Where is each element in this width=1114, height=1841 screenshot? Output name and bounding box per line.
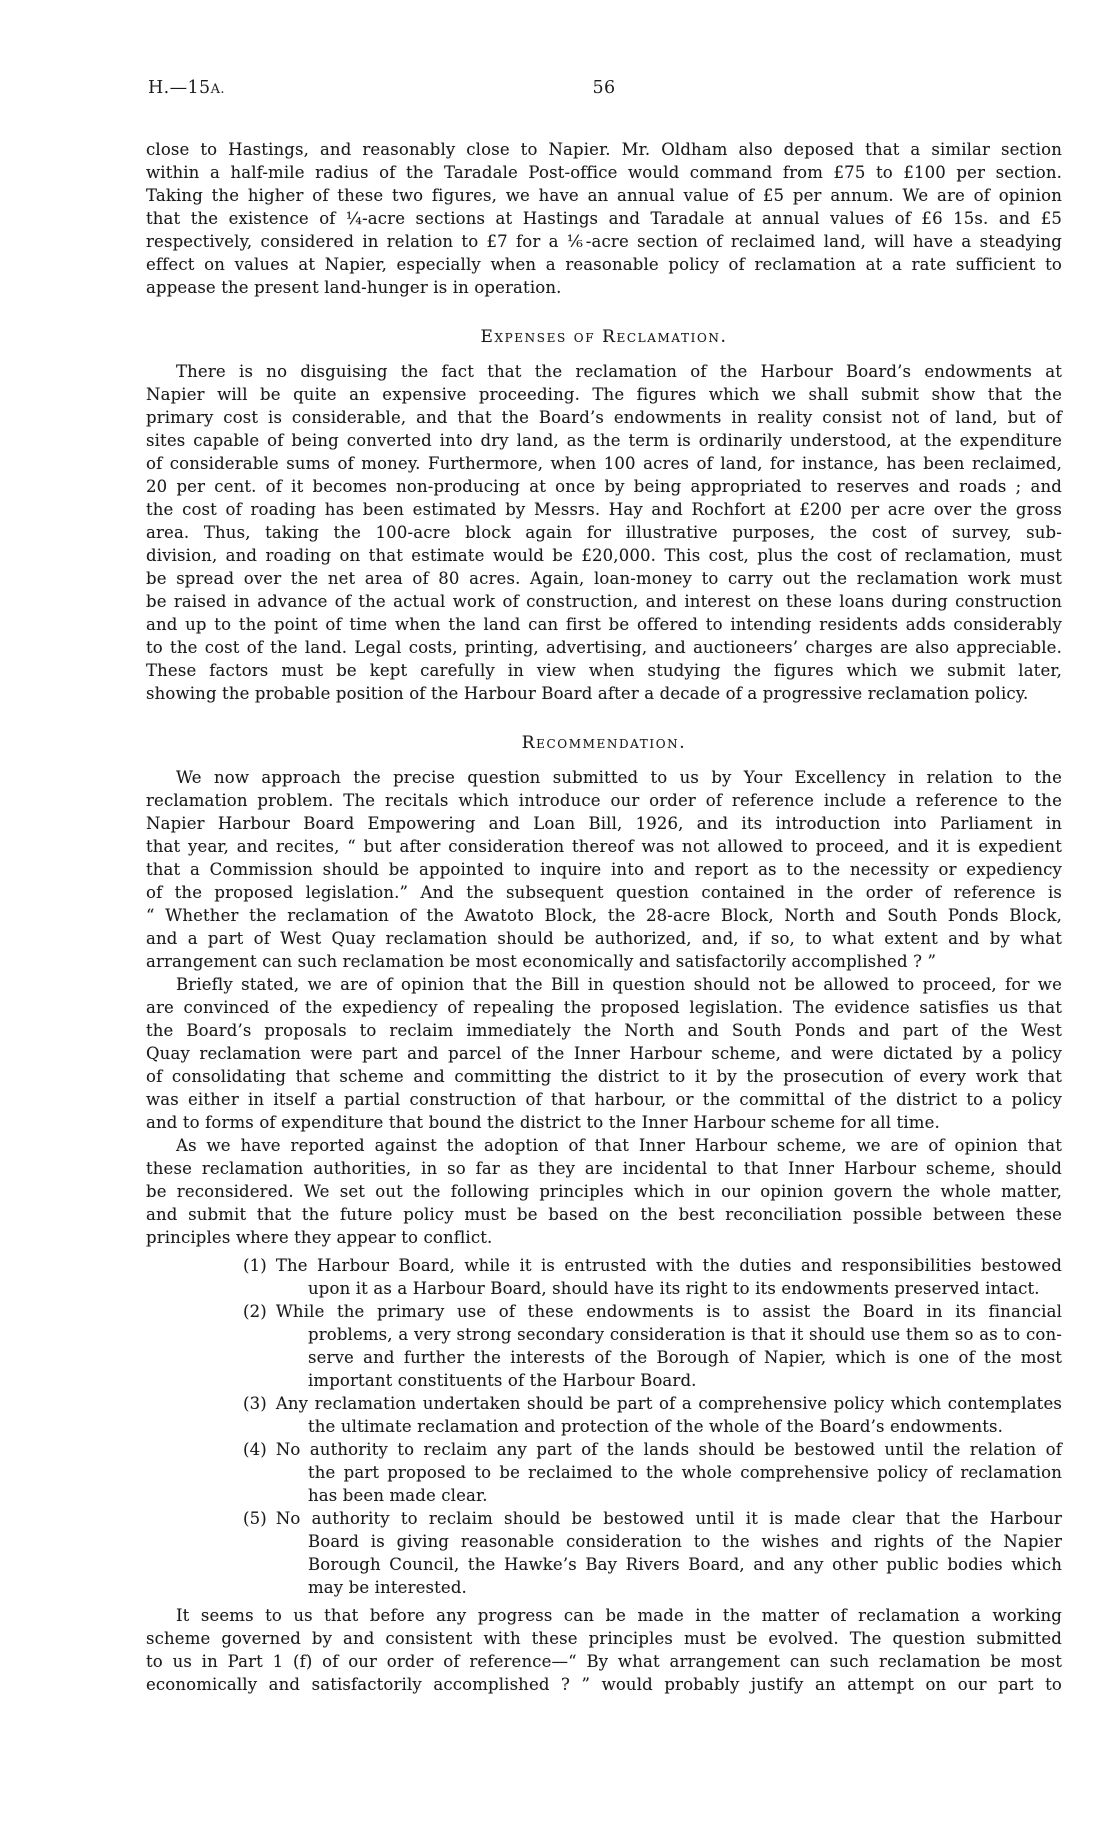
text-line: Taking the higher of these two figures, …	[146, 184, 1062, 207]
text-line: the ultimate reclamation and protection …	[146, 1415, 1062, 1438]
text-line: Briefly stated, we are of opinion that t…	[146, 973, 1062, 996]
page-content: H.—15A. 56 close to Hastings, and reason…	[146, 78, 1062, 1696]
text-line: and submit that the future policy must b…	[146, 1203, 1062, 1226]
list-item-number: (1)	[243, 1256, 276, 1275]
text-line: division, and roading on that estimate w…	[146, 544, 1062, 567]
text-line: arrangement can such reclamation be most…	[146, 950, 1062, 973]
text-line: and to forms of expenditure that bound t…	[146, 1111, 1062, 1134]
text-line: serve and further the interests of the B…	[146, 1346, 1062, 1369]
document-page: H.—15A. 56 close to Hastings, and reason…	[0, 0, 1114, 1841]
list-item-text: The Harbour Board, while it is entrusted…	[276, 1256, 1062, 1275]
list-item-number: (3)	[243, 1394, 276, 1413]
text-line: As we have reported against the adoption…	[146, 1134, 1062, 1157]
document-body: close to Hastings, and reasonably close …	[146, 138, 1062, 1696]
text-line: (4)No authority to reclaim any part of t…	[146, 1438, 1062, 1461]
text-line: of consolidating that scheme and committ…	[146, 1065, 1062, 1088]
text-line: We now approach the precise question sub…	[146, 766, 1062, 789]
list-item: (3)Any reclamation undertaken should be …	[146, 1392, 1062, 1438]
paragraph: There is no disguising the fact that the…	[146, 360, 1062, 705]
text-line: to us in Part 1 (f) of our order of refe…	[146, 1650, 1062, 1673]
list-item-number: (4)	[243, 1440, 276, 1459]
paragraph: It seems to us that before any progress …	[146, 1604, 1062, 1696]
text-line: that year, and recites, “ but after cons…	[146, 835, 1062, 858]
page-header: H.—15A. 56	[146, 78, 1062, 102]
text-line: appease the present land-hunger is in op…	[146, 276, 1062, 299]
text-line: that a Commission should be appointed to…	[146, 858, 1062, 881]
text-line: of considerable sums of money. Furthermo…	[146, 452, 1062, 475]
list-item-number: (2)	[243, 1302, 276, 1321]
text-line: be spread over the net area of 80 acres.…	[146, 567, 1062, 590]
text-line: respectively, considered in relation to …	[146, 230, 1062, 253]
text-line: (1)The Harbour Board, while it is entrus…	[146, 1254, 1062, 1277]
text-line: scheme governed by and consistent with t…	[146, 1627, 1062, 1650]
section-heading: Expenses of Reclamation.	[146, 326, 1062, 349]
text-line: close to Hastings, and reasonably close …	[146, 138, 1062, 161]
text-line: to the cost of the land. Legal costs, pr…	[146, 636, 1062, 659]
text-line: the Board’s proposals to reclaim immedia…	[146, 1019, 1062, 1042]
text-line: the part proposed to be reclaimed to the…	[146, 1461, 1062, 1484]
text-line: (2)While the primary use of these endowm…	[146, 1300, 1062, 1323]
text-line: showing the probable position of the Har…	[146, 682, 1062, 705]
list-item: (2)While the primary use of these endowm…	[146, 1300, 1062, 1392]
text-line: economically and satisfactorily accompli…	[146, 1673, 1062, 1696]
numbered-list: (1)The Harbour Board, while it is entrus…	[146, 1254, 1062, 1599]
text-line: sites capable of being converted into dr…	[146, 429, 1062, 452]
text-line: Quay reclamation were part and parcel of…	[146, 1042, 1062, 1065]
list-item: (5)No authority to reclaim should be bes…	[146, 1507, 1062, 1599]
list-item: (1)The Harbour Board, while it is entrus…	[146, 1254, 1062, 1300]
text-line: within a half-mile radius of the Taradal…	[146, 161, 1062, 184]
text-line: be reconsidered. We set out the followin…	[146, 1180, 1062, 1203]
text-line: area. Thus, taking the 100-acre block ag…	[146, 521, 1062, 544]
paragraph: Briefly stated, we are of opinion that t…	[146, 973, 1062, 1134]
text-line: are convinced of the expediency of repea…	[146, 996, 1062, 1019]
text-line: effect on values at Napier, especially w…	[146, 253, 1062, 276]
text-line: the cost of roading has been estimated b…	[146, 498, 1062, 521]
text-line: (3)Any reclamation undertaken should be …	[146, 1392, 1062, 1415]
paragraph: close to Hastings, and reasonably close …	[146, 138, 1062, 299]
list-item-text: No authority to reclaim should be bestow…	[276, 1509, 1062, 1528]
text-line: problems, a very strong secondary consid…	[146, 1323, 1062, 1346]
text-line: 20 per cent. of it becomes non-producing…	[146, 475, 1062, 498]
list-item-text: No authority to reclaim any part of the …	[276, 1440, 1062, 1459]
text-line: It seems to us that before any progress …	[146, 1604, 1062, 1627]
section-heading: Recommendation.	[146, 732, 1062, 755]
text-line: There is no disguising the fact that the…	[146, 360, 1062, 383]
text-line: primary cost is considerable, and that t…	[146, 406, 1062, 429]
text-line: Borough Council, the Hawke’s Bay Rivers …	[146, 1553, 1062, 1576]
list-item-number: (5)	[243, 1509, 276, 1528]
text-line: upon it as a Harbour Board, should have …	[146, 1277, 1062, 1300]
text-line: Napier Harbour Board Empowering and Loan…	[146, 812, 1062, 835]
paragraph: We now approach the precise question sub…	[146, 766, 1062, 973]
text-line: has been made clear.	[146, 1484, 1062, 1507]
text-line: and a part of West Quay reclamation shou…	[146, 927, 1062, 950]
list-item-text: While the primary use of these endowment…	[276, 1302, 1062, 1321]
paragraph: As we have reported against the adoption…	[146, 1134, 1062, 1249]
text-line: of the proposed legislation.” And the su…	[146, 881, 1062, 904]
text-line: these reclamation authorities, in so far…	[146, 1157, 1062, 1180]
text-line: be raised in advance of the actual work …	[146, 590, 1062, 613]
text-line: and up to the point of time when the lan…	[146, 613, 1062, 636]
text-line: (5)No authority to reclaim should be bes…	[146, 1507, 1062, 1530]
text-line: “ Whether the reclamation of the Awatoto…	[146, 904, 1062, 927]
text-line: reclamation problem. The recitals which …	[146, 789, 1062, 812]
text-line: may be interested.	[146, 1576, 1062, 1599]
text-line: Napier will be quite an expensive procee…	[146, 383, 1062, 406]
text-line: These factors must be kept carefully in …	[146, 659, 1062, 682]
text-line: was either in itself a partial construct…	[146, 1088, 1062, 1111]
text-line: principles where they appear to conflict…	[146, 1226, 1062, 1249]
text-line: Board is giving reasonable consideration…	[146, 1530, 1062, 1553]
text-line: that the existence of ¼-acre sections at…	[146, 207, 1062, 230]
list-item: (4)No authority to reclaim any part of t…	[146, 1438, 1062, 1507]
text-line: important constituents of the Harbour Bo…	[146, 1369, 1062, 1392]
list-item-text: Any reclamation undertaken should be par…	[276, 1394, 1062, 1413]
page-number: 56	[146, 78, 1062, 98]
